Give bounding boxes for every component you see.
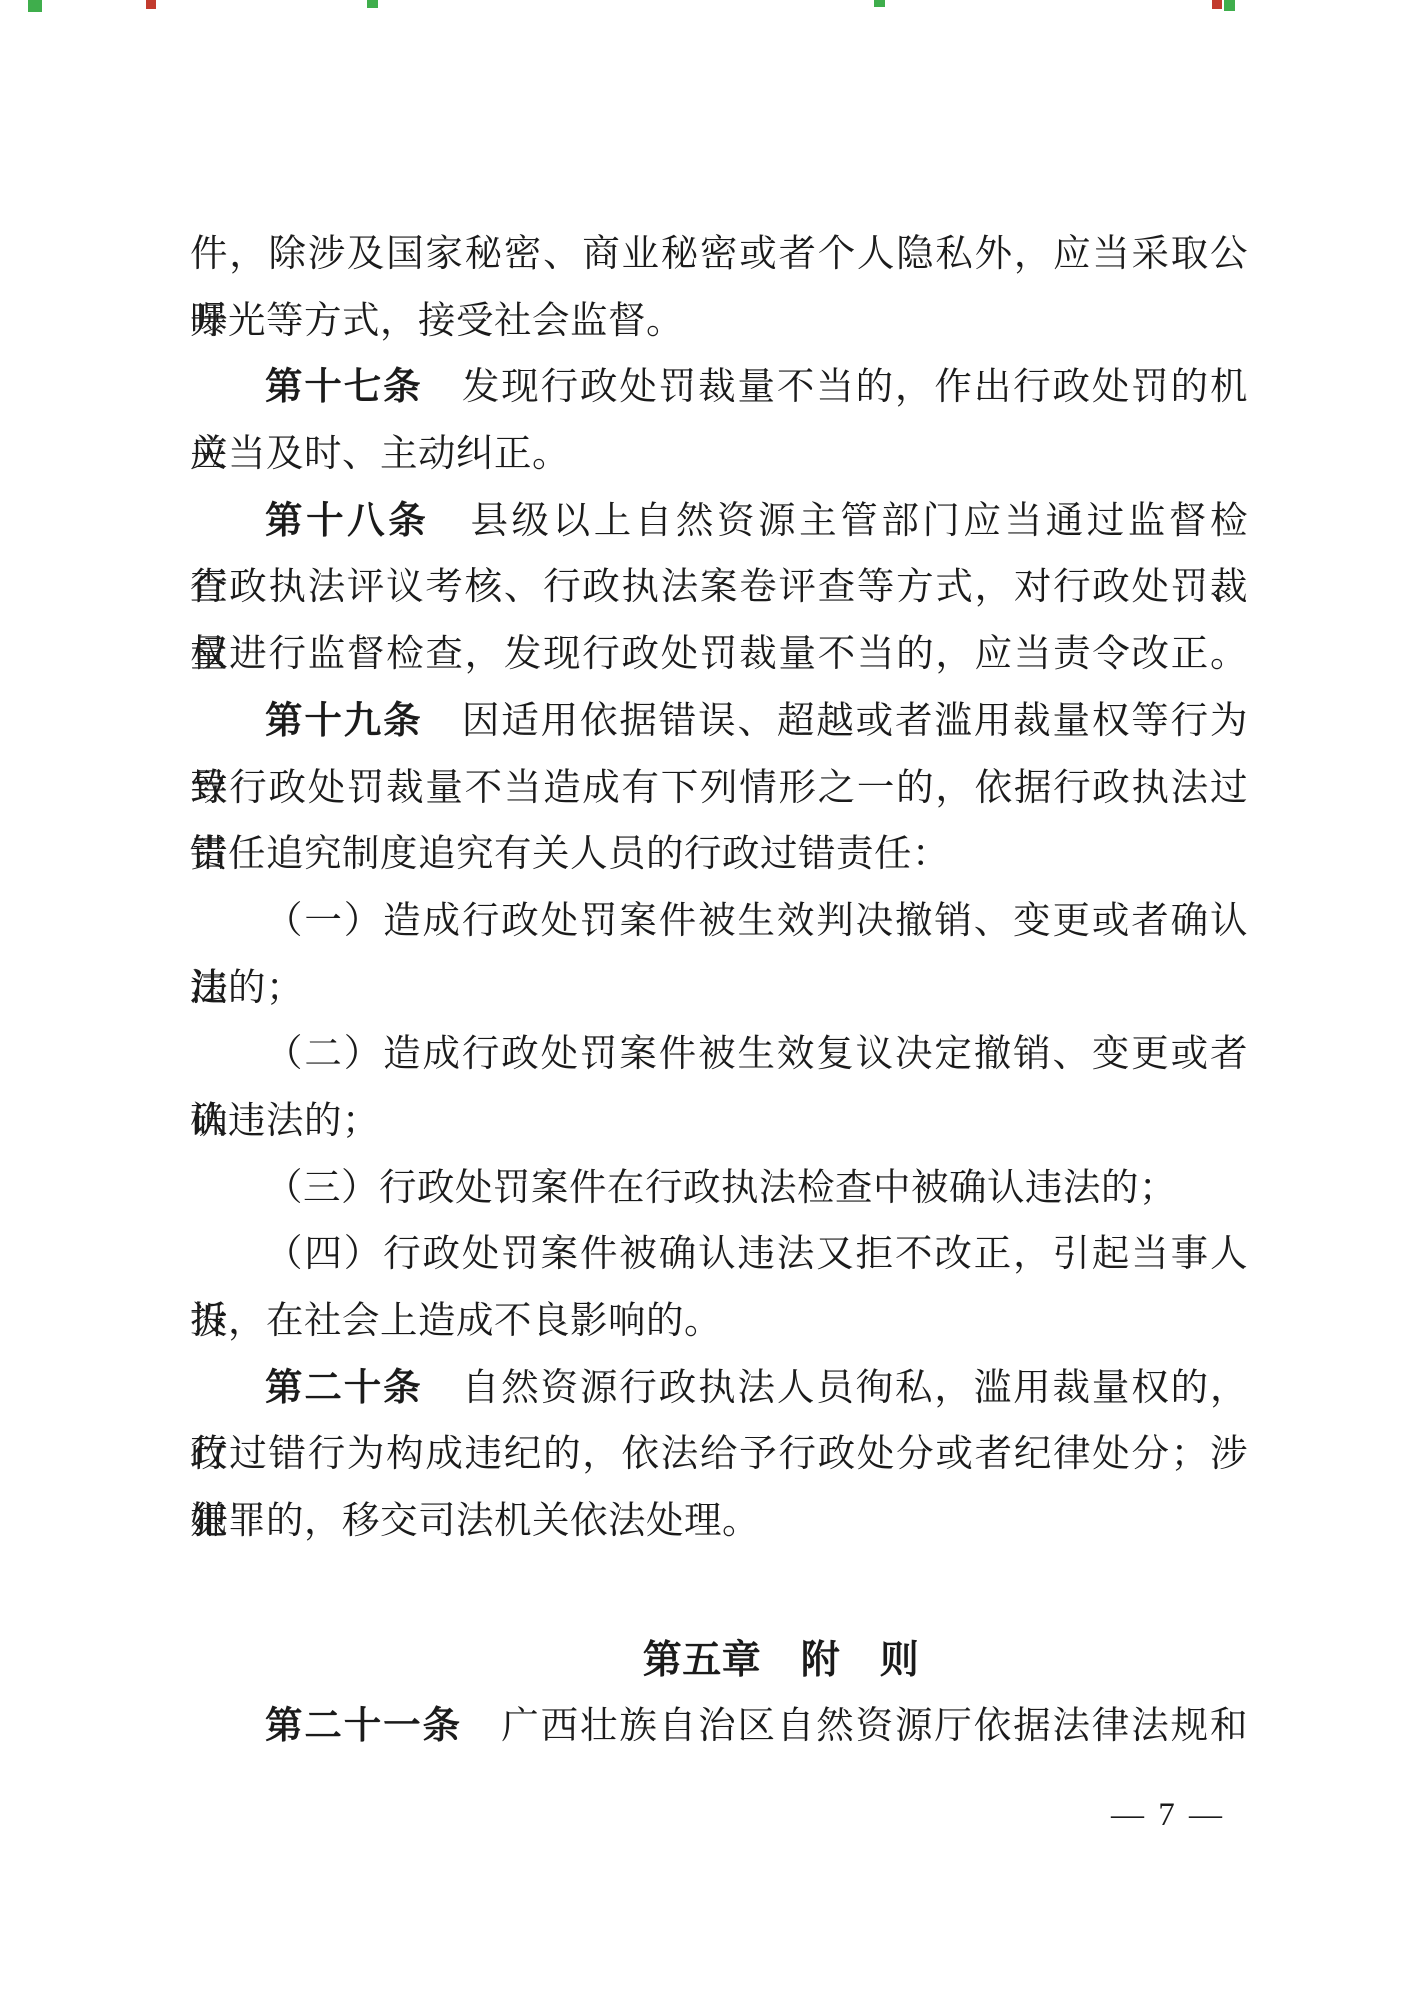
line-text: 曝光等方式，接受社会监督。 <box>190 301 684 342</box>
document-line: 认违法的； <box>190 1089 1248 1156</box>
line-text: 广西壮族自治区自然资源厅依据法律法规和 <box>462 1706 1248 1747</box>
article-number: 第十九条 <box>265 701 423 742</box>
document-line: 责任追究制度追究有关人员的行政过错责任： <box>190 822 1248 889</box>
line-text: 诉，在社会上造成不良影响的。 <box>190 1301 722 1342</box>
scan-artifact <box>146 0 156 9</box>
document-body: 件，除涉及国家秘密、商业秘密或者个人隐私外，应当采取公开曝光等方式，接受社会监督… <box>190 222 1248 1761</box>
article-number: 第二十一条 <box>265 1706 462 1747</box>
document-line: （一）造成行政处罚案件被生效判决撤销、变更或者确认违 <box>190 889 1248 956</box>
scan-artifact <box>1212 0 1222 9</box>
page-number: — 7 — <box>1111 1797 1225 1834</box>
scan-artifact <box>874 0 885 7</box>
line-text: 权进行监督检查，发现行政处罚裁量不当的，应当责令改正。 <box>190 634 1248 675</box>
scanned-document-page: 件，除涉及国家秘密、商业秘密或者个人隐私外，应当采取公开曝光等方式，接受社会监督… <box>0 0 1410 2000</box>
scan-artifact <box>1224 0 1235 11</box>
line-text: 应当及时、主动纠正。 <box>190 434 570 475</box>
document-line: 第十七条 发现行政处罚裁量不当的，作出行政处罚的机关 <box>190 355 1248 422</box>
article-number: 第十八条 <box>265 501 429 542</box>
document-line: 行政执法评议考核、行政执法案卷评查等方式，对行政处罚裁量 <box>190 555 1248 622</box>
article-number: 第二十条 <box>265 1368 423 1409</box>
line-text: 认违法的； <box>190 1101 380 1142</box>
document-line: 应当及时、主动纠正。 <box>190 422 1248 489</box>
document-line: 政过错行为构成违纪的，依法给予行政处分或者纪律处分；涉嫌 <box>190 1422 1248 1489</box>
scan-artifact <box>28 0 42 12</box>
line-text: 法的； <box>190 968 304 1009</box>
line-text: 犯罪的，移交司法机关依法处理。 <box>190 1501 760 1542</box>
article-number: 第五章 附 则 <box>643 1639 920 1682</box>
document-line: 件，除涉及国家秘密、商业秘密或者个人隐私外，应当采取公开 <box>190 222 1248 289</box>
document-line: （二）造成行政处罚案件被生效复议决定撤销、变更或者确 <box>190 1022 1248 1089</box>
scan-artifact <box>367 0 378 8</box>
document-line: （四）行政处罚案件被确认违法又拒不改正，引起当事人投 <box>190 1222 1248 1289</box>
chapter-heading: 第五章 附 则 <box>190 1628 1248 1695</box>
document-line: 第十九条 因适用依据错误、超越或者滥用裁量权等行为导 <box>190 689 1248 756</box>
document-line: 法的； <box>190 956 1248 1023</box>
document-line: 诉，在社会上造成不良影响的。 <box>190 1289 1248 1356</box>
document-line: 曝光等方式，接受社会监督。 <box>190 289 1248 356</box>
document-line: 第二十条 自然资源行政执法人员徇私，滥用裁量权的，行 <box>190 1356 1248 1423</box>
document-line: 权进行监督检查，发现行政处罚裁量不当的，应当责令改正。 <box>190 622 1248 689</box>
document-line: （三）行政处罚案件在行政执法检查中被确认违法的； <box>190 1156 1248 1223</box>
document-line: 致行政处罚裁量不当造成有下列情形之一的，依据行政执法过错 <box>190 756 1248 823</box>
document-line: 第二十一条 广西壮族自治区自然资源厅依据法律法规和 <box>190 1694 1248 1761</box>
article-number: 第十七条 <box>265 367 423 408</box>
document-line: 犯罪的，移交司法机关依法处理。 <box>190 1489 1248 1556</box>
document-line: 第十八条 县级以上自然资源主管部门应当通过监督检查、 <box>190 489 1248 556</box>
line-text: （三）行政处罚案件在行政执法检查中被确认违法的； <box>265 1168 1177 1209</box>
line-text: 责任追究制度追究有关人员的行政过错责任： <box>190 834 950 875</box>
